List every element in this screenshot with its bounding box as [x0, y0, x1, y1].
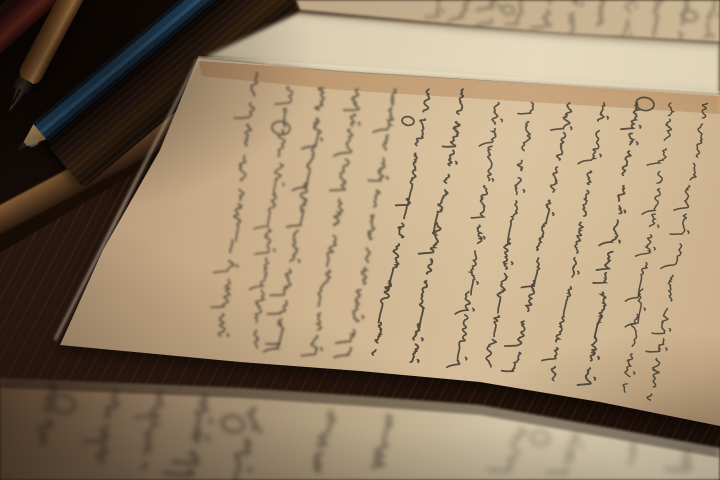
vignette-overlay [0, 0, 720, 480]
photo-of-manuscripts [0, 0, 720, 480]
